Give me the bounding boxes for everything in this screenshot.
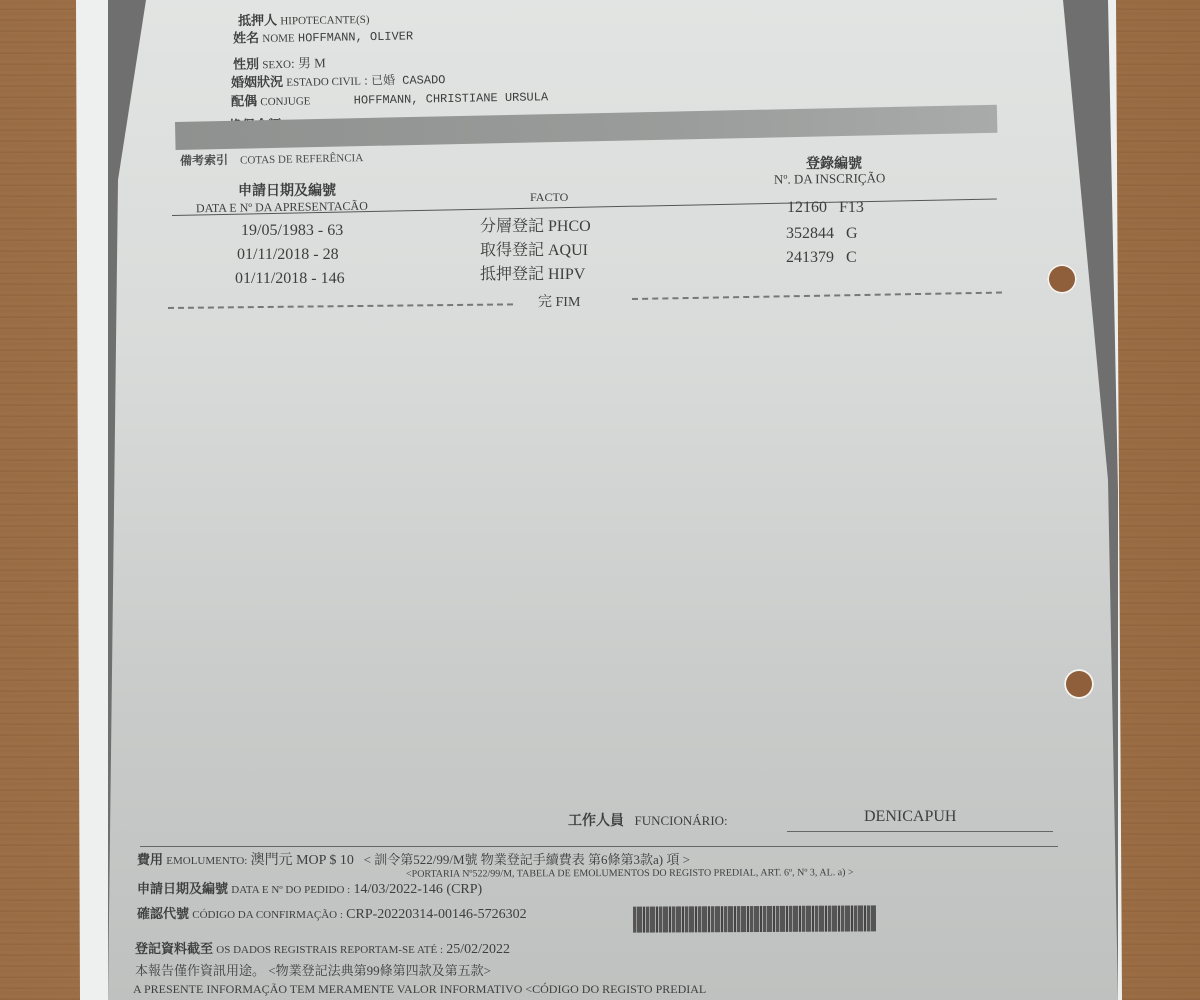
label-zh: 抵押人 <box>238 12 277 28</box>
confirmacao-value: CRP-20220314-00146-5726302 <box>346 907 526 922</box>
row-date: 01/11/2018 - 146 <box>235 270 345 288</box>
label-zh: 婚姻狀況 <box>231 74 283 90</box>
label-zh: 申請日期及編號 <box>137 881 228 896</box>
end-marker: 完 FIM <box>538 291 580 311</box>
inscricao-number: 241379 <box>786 249 834 266</box>
label-pt: FUNCIONÁRIO: <box>635 813 728 828</box>
label-pt: COTAS DE REFERÊNCIA <box>240 152 363 167</box>
row-inscricao: 241379 C <box>786 249 857 267</box>
emolumento-value: 澳門元 MOP $ 10 <box>251 853 354 868</box>
dados-row: 登記資料截至 OS DADOS REGISTRAIS REPORTAM-SE A… <box>135 938 510 958</box>
sex-value: 男 M <box>298 55 326 70</box>
punch-hole-icon <box>1064 669 1094 699</box>
inscricao-number: 12160 <box>787 199 827 216</box>
column-header-facto: FACTO <box>530 190 568 205</box>
label-pt: NOME <box>262 32 295 45</box>
label-zh: 確認代號 <box>137 906 189 921</box>
civil-value: 已婚 CASADO <box>371 73 446 88</box>
inscricao-code: G <box>846 225 858 242</box>
inscricao-code: C <box>846 249 857 266</box>
label-pt: CÓDIGO DA CONFIRMAÇÃO : <box>192 909 343 921</box>
confirmacao-row: 確認代號 CÓDIGO DA CONFIRMAÇÃO : CRP-2022031… <box>137 903 527 923</box>
label-zh: 配偶 <box>231 93 257 108</box>
label-zh: 工作人員 <box>568 814 624 829</box>
emolumento-row: 費用 EMOLUMENTO: 澳門元 MOP $ 10 < 訓令第522/99/… <box>137 849 690 869</box>
row-facto: 抵押登記 HIPV <box>480 261 585 284</box>
pedido-value: 14/03/2022-146 (CRP) <box>353 882 482 897</box>
name-value: HOFFMANN, OLIVER <box>298 29 413 45</box>
label-pt: CONJUGE <box>260 95 310 108</box>
label-zh: 費用 <box>137 852 163 867</box>
signature-line <box>787 831 1053 832</box>
desk-surface-left <box>0 0 78 1000</box>
column-header-inscricao-pt: Nº. DA INSCRIÇÃO <box>774 170 886 188</box>
label-zh: 登記資料截至 <box>135 941 213 956</box>
desk-surface-right <box>1120 0 1200 1000</box>
label-pt: SEXO <box>262 59 291 71</box>
funcionario-row: 工作人員 FUNCIONÁRIO: <box>568 810 728 830</box>
notice-pt: A PRESENTE INFORMAÇÃO TEM MERAMENTE VALO… <box>133 982 706 997</box>
pedido-row: 申請日期及編號 DATA E Nº DO PEDIDO : 14/03/2022… <box>137 878 482 898</box>
label-zh: 性別 <box>233 56 259 71</box>
label-pt: ESTADO CIVIL <box>286 76 361 89</box>
row-date: 19/05/1983 - 63 <box>241 222 343 240</box>
inscricao-code: F13 <box>839 199 864 216</box>
emolumento-ref-zh: < 訓令第522/99/M號 物業登記手續費表 第6條第3款a) 項 > <box>364 852 690 867</box>
label-pt: OS DADOS REGISTRAIS REPORTAM-SE ATÉ : <box>216 944 443 956</box>
row-inscricao: 12160 F13 <box>787 199 864 217</box>
row-date: 01/11/2018 - 28 <box>237 246 339 264</box>
label-pt: EMOLUMENTO: <box>166 855 247 867</box>
dados-value: 25/02/2022 <box>446 942 510 957</box>
row-inscricao: 352844 G <box>786 225 858 243</box>
barcode <box>633 905 876 932</box>
punch-hole-icon <box>1047 264 1077 294</box>
label-zh: 備考索引 <box>180 153 228 168</box>
funcionario-value: DENICAPUH <box>864 808 956 826</box>
inscricao-number: 352844 <box>786 225 834 242</box>
name-row: 姓名 NOME HOFFMANN, OLIVER <box>233 24 413 46</box>
row-facto: 分層登記 PHCO <box>480 213 591 236</box>
footer-divider <box>140 846 1058 847</box>
row-facto: 取得登記 AQUI <box>480 237 588 260</box>
column-header-date-zh: 申請日期及編號 <box>238 180 336 200</box>
notice-zh: 本報告僅作資訊用途。 <物業登記法典第99條第四款及第五款> <box>135 960 491 979</box>
label-pt: DATA E Nº DO PEDIDO : <box>231 884 350 896</box>
label-zh: 姓名 <box>233 30 259 45</box>
